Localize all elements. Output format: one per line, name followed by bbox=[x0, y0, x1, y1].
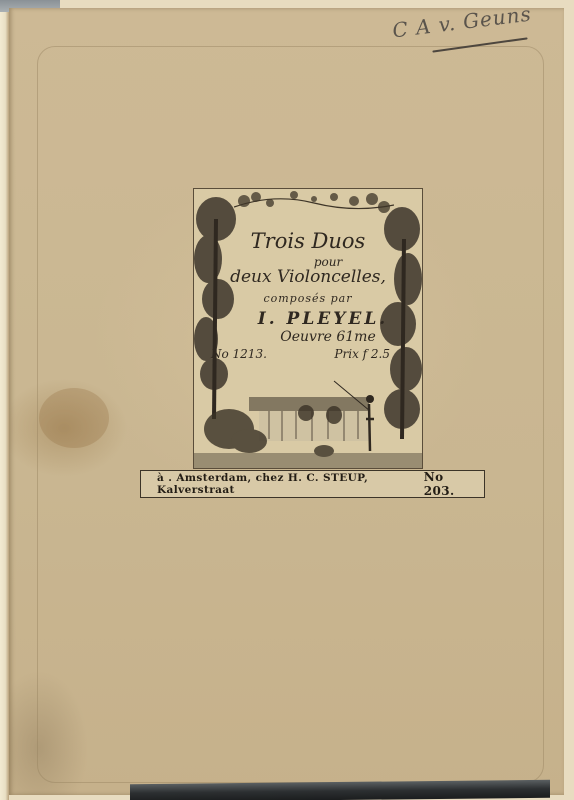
publisher-number: No 203. bbox=[424, 470, 474, 498]
plate-number: No 1213. bbox=[211, 347, 267, 361]
binding-edge bbox=[0, 0, 9, 800]
opus-number: Oeuvre 61me bbox=[234, 329, 422, 345]
waterfall-scene-icon bbox=[194, 379, 422, 468]
composer-name: I. PLEYEL. bbox=[224, 309, 422, 329]
publisher-label: à . Amsterdam, chez H. C. STEUP, Kalvers… bbox=[140, 470, 485, 498]
publisher-text: à . Amsterdam, chez H. C. STEUP, Kalvers… bbox=[157, 472, 424, 496]
engraved-title-plate: Trois Duos pour deux Violoncelles, compo… bbox=[193, 188, 423, 469]
composes-par: composés par bbox=[194, 292, 422, 305]
title: Trois Duos bbox=[224, 229, 392, 253]
scanner-edge bbox=[130, 780, 550, 800]
stain bbox=[39, 388, 109, 448]
price: Prix f 2.5 bbox=[334, 347, 390, 361]
instrumentation: deux Violoncelles, bbox=[214, 267, 402, 287]
